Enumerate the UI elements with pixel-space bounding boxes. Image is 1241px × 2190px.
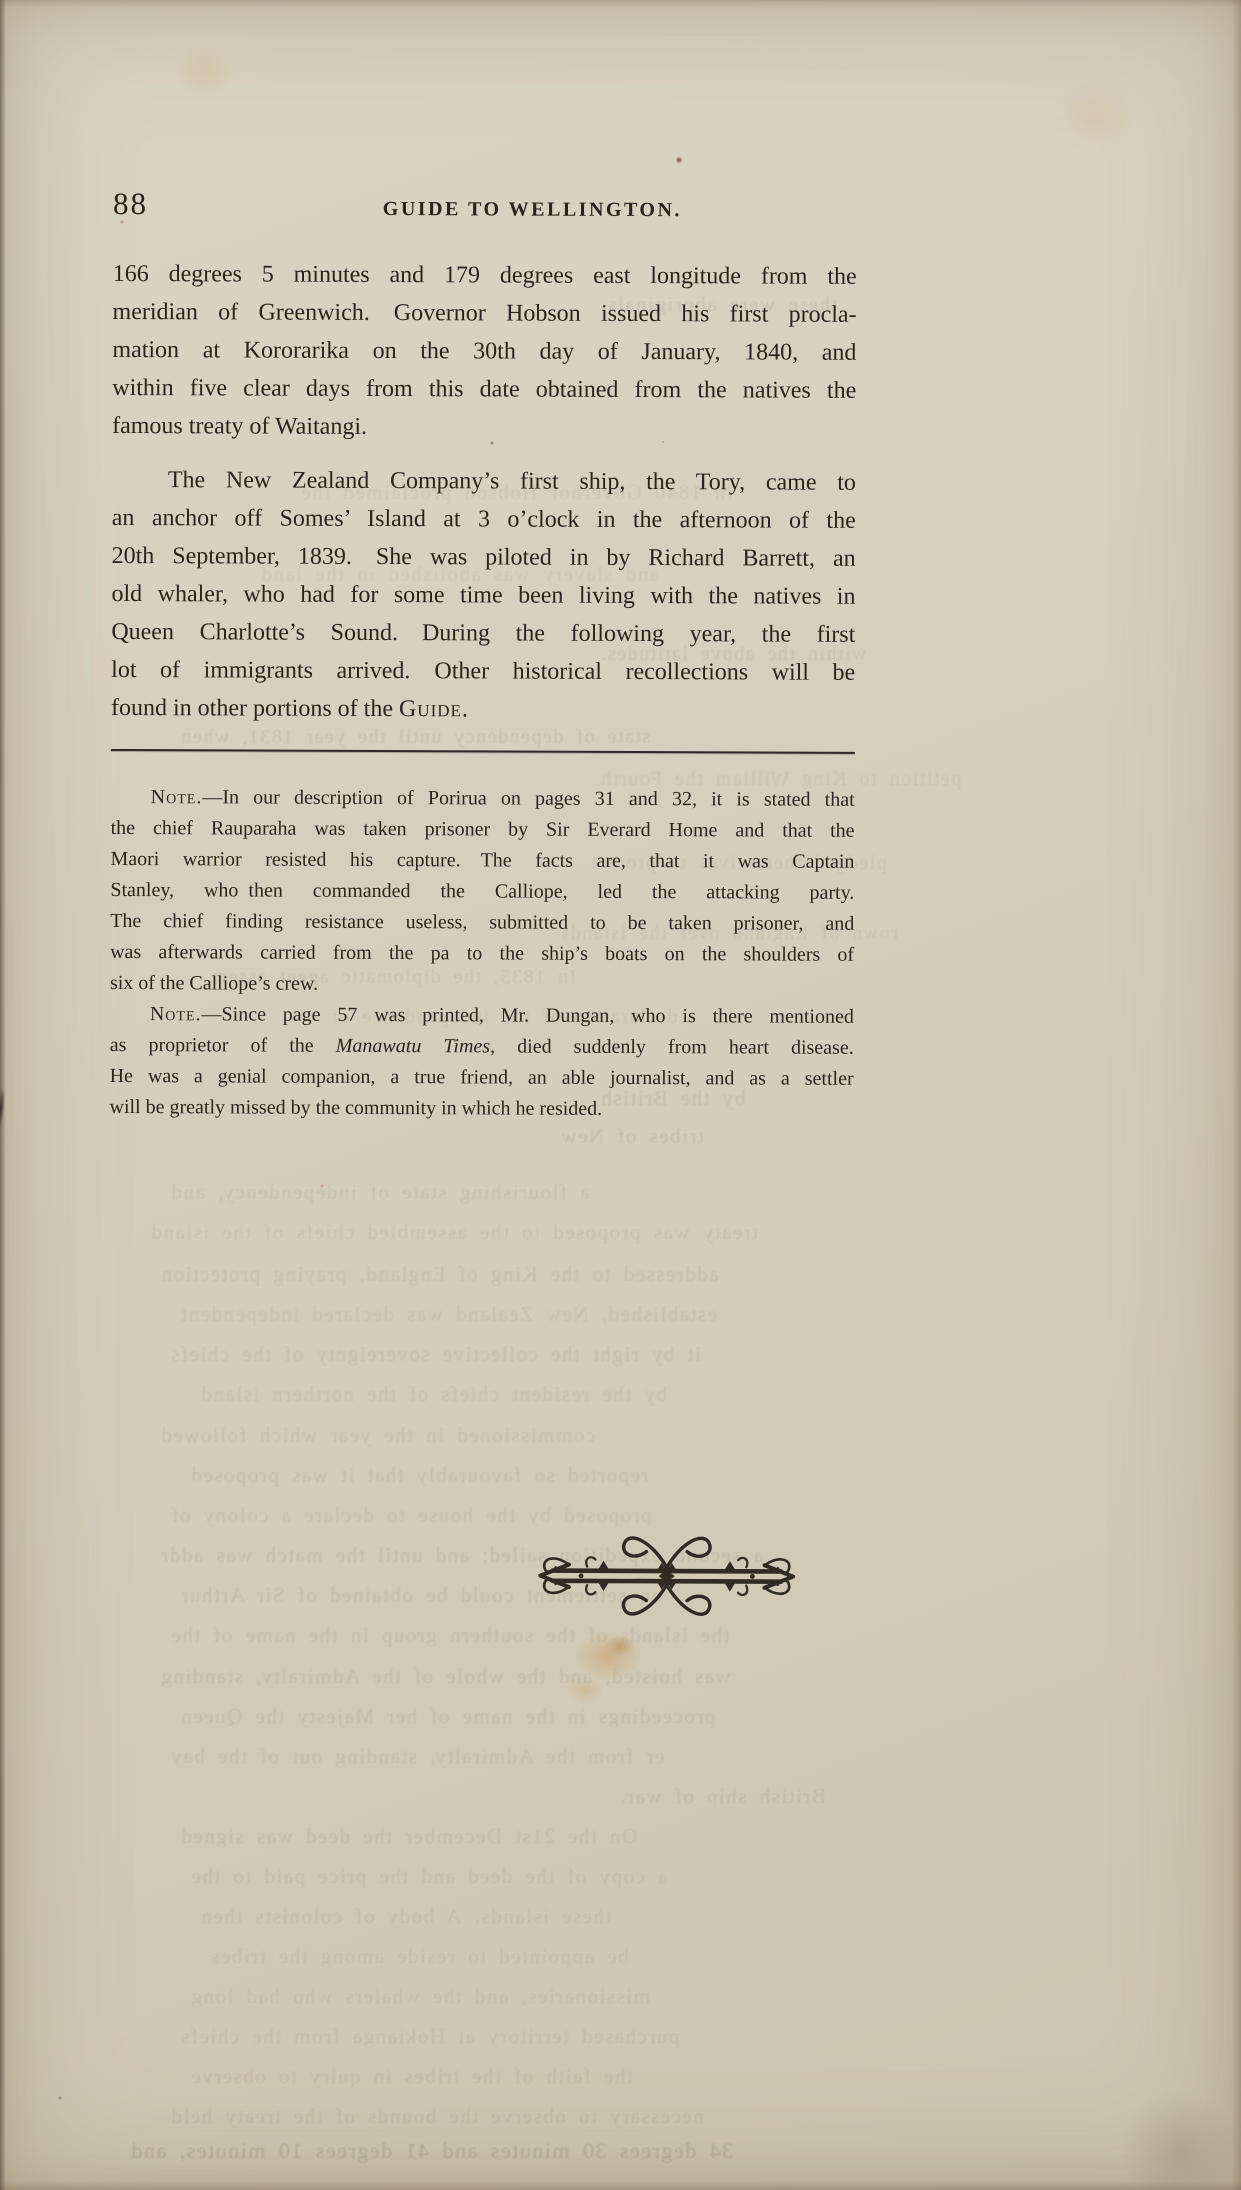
body-line-text: found in other portions of the bbox=[111, 695, 399, 722]
body-line: mation at Kororarika on the 30th day of … bbox=[112, 331, 856, 372]
note-line: was afterwards carried from the pa to th… bbox=[110, 937, 854, 971]
page-number: 88 bbox=[113, 186, 148, 222]
note-line: The chief finding resistance useless, su… bbox=[110, 906, 854, 940]
note-line-text: —In our description of Porirua on pages … bbox=[202, 786, 854, 811]
body-line: old whaler, who had for some time been l… bbox=[111, 575, 855, 616]
page-content: 88 GUIDE TO WELLINGTON. 166 degrees 5 mi… bbox=[0, 0, 1241, 2190]
body-line: within five clear days from this date ob… bbox=[112, 369, 856, 410]
note-line-text: , died suddenly from heart disease. bbox=[490, 1035, 854, 1058]
note-line: Stanley, who then commanded the Calliope… bbox=[110, 875, 854, 909]
note-line: six of the Calliope’s crew. bbox=[110, 968, 854, 1002]
body-line: meridian of Greenwich. Governor Hobson i… bbox=[112, 293, 856, 334]
body-line: The New Zealand Company’s first ship, th… bbox=[112, 461, 856, 502]
note-line-text: —Since page 57 was printed, Mr. Dungan, … bbox=[202, 1003, 854, 1028]
note-line: Note.—Since page 57 was printed, Mr. Dun… bbox=[110, 999, 854, 1033]
body-line: Queen Charlotte’s Sound. During the foll… bbox=[111, 613, 855, 654]
printer-flourish-icon bbox=[533, 1522, 801, 1629]
page-header: 88 GUIDE TO WELLINGTON. bbox=[113, 186, 857, 225]
section-divider bbox=[111, 749, 855, 754]
guide-smallcaps: Guide. bbox=[399, 696, 469, 722]
newspaper-title-italic: Manawatu Times bbox=[336, 1035, 490, 1058]
scanned-page: these were aboriginals.In 1840 Governor … bbox=[0, 0, 1241, 2190]
note-label: Note. bbox=[151, 786, 203, 808]
note-line: Maori warrior resisted his capture. The … bbox=[110, 844, 854, 878]
body-line: found in other portions of the Guide. bbox=[111, 689, 855, 730]
note-line: will be greatly missed by the community … bbox=[109, 1092, 853, 1126]
body-line: 20th September, 1839. She was piloted in… bbox=[112, 537, 856, 578]
body-line: an anchor off Somes’ Island at 3 o’clock… bbox=[112, 499, 856, 540]
note-line: Note.—In our description of Porirua on p… bbox=[111, 782, 855, 816]
running-title: GUIDE TO WELLINGTON. bbox=[383, 198, 682, 222]
note-line-text: as proprietor of the bbox=[110, 1034, 336, 1057]
note-line: as proprietor of the Manawatu Times, die… bbox=[110, 1030, 854, 1064]
body-line: famous treaty of Waitangi. bbox=[112, 407, 856, 448]
note-label: Note. bbox=[150, 1003, 202, 1025]
body-line: 166 degrees 5 minutes and 179 degrees ea… bbox=[113, 255, 857, 296]
note-line: the chief Rauparaha was taken prisoner b… bbox=[111, 813, 855, 847]
body-line: lot of immigrants arrived. Other histori… bbox=[111, 651, 855, 692]
note-line: He was a genial companion, a true friend… bbox=[110, 1061, 854, 1095]
text-column: 166 degrees 5 minutes and 179 degrees ea… bbox=[109, 255, 856, 1126]
